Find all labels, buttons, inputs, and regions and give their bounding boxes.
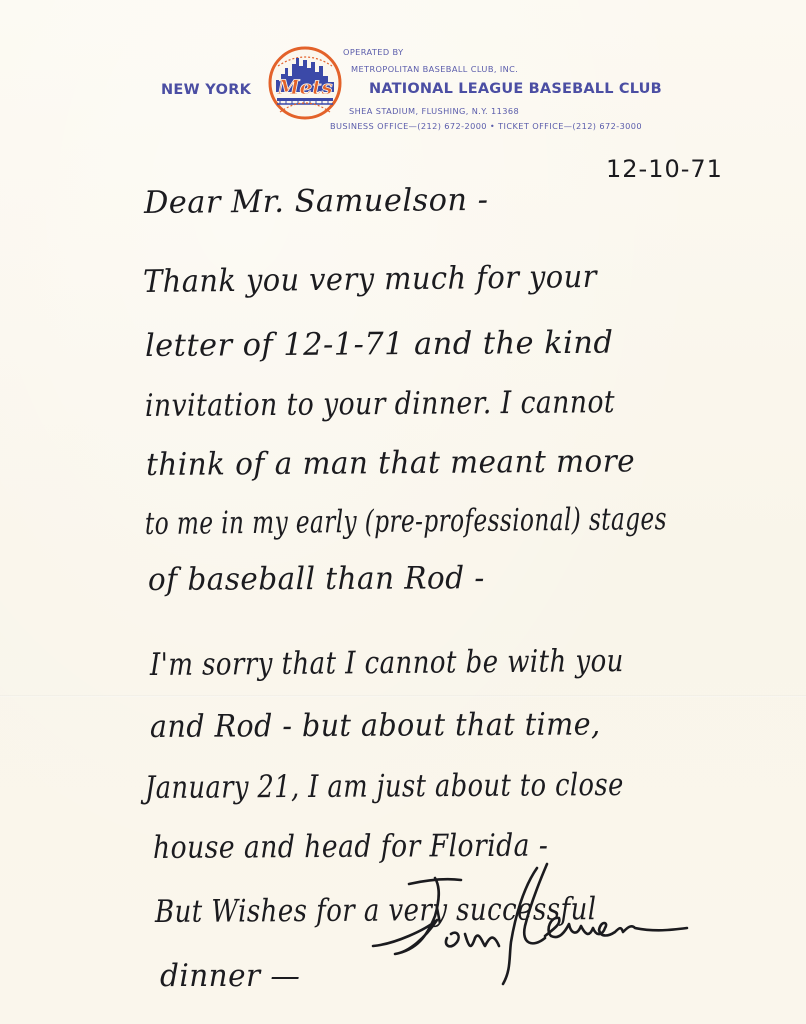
signature-strokes [365, 858, 695, 988]
letter-line: think of a man that meant more [146, 443, 635, 483]
letter-line: letter of 12-1-71 and the kind [145, 325, 614, 364]
letter-line: to me in my early (pre-professional) sta… [145, 501, 667, 542]
letter-line: invitation to your dinner. I cannot [145, 384, 615, 424]
letterhead-city: NEW YORK [161, 82, 251, 98]
paper-fold-line [0, 695, 806, 697]
letter-line: January 21, I am just about to close [145, 767, 624, 806]
letterhead-operator: METROPOLITAN BASEBALL CLUB, INC. [351, 64, 518, 74]
letter-closing: dinner — [160, 958, 300, 994]
letter-line: Thank you very much for your [143, 259, 597, 300]
letter-line: I'm sorry that I cannot be with you [150, 643, 624, 683]
letterhead-operated-by: OPERATED BY [343, 47, 404, 57]
svg-text:Mets: Mets [276, 75, 332, 99]
letter-line: of baseball than Rod - [148, 560, 485, 598]
letterhead-address: SHEA STADIUM, FLUSHING, N.Y. 11368 [349, 106, 519, 116]
letterhead-club-name: NATIONAL LEAGUE BASEBALL CLUB [369, 81, 662, 97]
letterhead-phones: BUSINESS OFFICE—(212) 672-2000 • TICKET … [330, 121, 642, 131]
letter-date: 12-10-71 [606, 155, 723, 183]
letter-salutation: Dear Mr. Samuelson - [144, 182, 489, 221]
letter-line: and Rod - but about that time, [150, 706, 601, 745]
mets-logo-icon: Mets [268, 46, 342, 120]
signature: Tom Seaver [365, 858, 695, 988]
